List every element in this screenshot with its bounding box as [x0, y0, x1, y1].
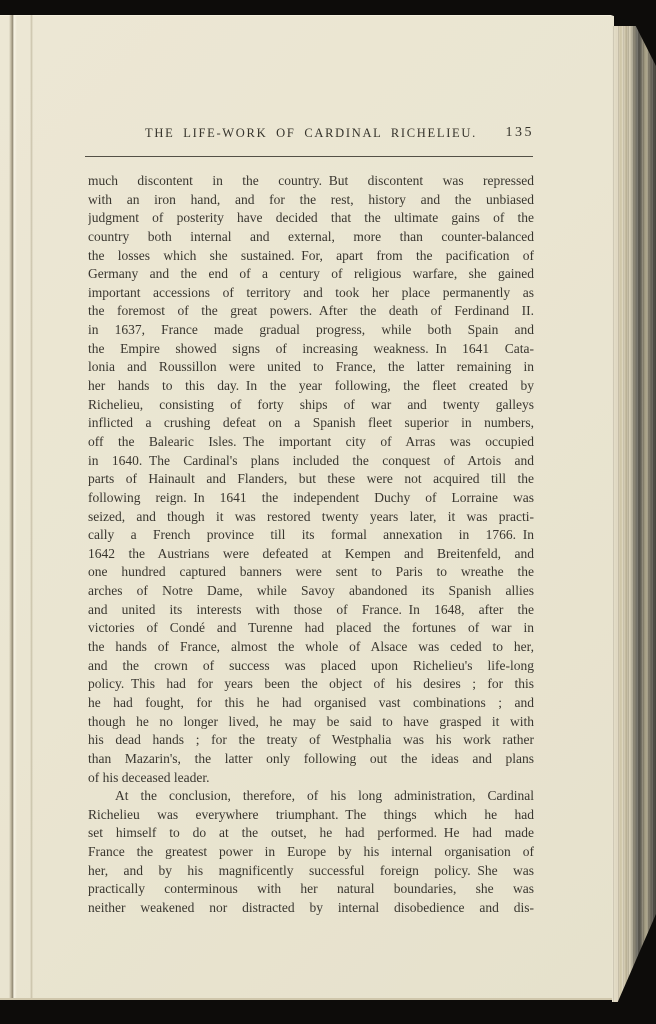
- text-line: Germany and the end of a century of reli…: [88, 265, 534, 284]
- text-line: her hands to this day. In the year follo…: [88, 377, 534, 396]
- book-page: THE LIFE-WORK OF CARDINAL RICHELIEU. 135…: [0, 15, 614, 1000]
- text-line: France the greatest power in Europe by h…: [88, 843, 534, 862]
- text-line: one hundred captured banners were sent t…: [88, 563, 534, 582]
- text-line: important accessions of territory and to…: [88, 284, 534, 303]
- text-line: country both internal and external, more…: [88, 228, 534, 247]
- text-line: much discontent in the country. But disc…: [88, 172, 534, 191]
- paragraph: At the conclusion, therefore, of his lon…: [88, 787, 534, 917]
- paragraph: much discontent in the country. But disc…: [88, 172, 534, 787]
- text-line: though he no longer lived, he may be sai…: [88, 713, 534, 732]
- gutter-crease: [9, 15, 17, 998]
- text-line: At the conclusion, therefore, of his lon…: [88, 787, 534, 806]
- header-rule: [85, 156, 533, 157]
- text-line: victories of Condé and Turenne had place…: [88, 619, 534, 638]
- text-line: following reign. In 1641 the independent…: [88, 489, 534, 508]
- text-line: the losses which she sustained. For, apa…: [88, 247, 534, 266]
- text-line: 1642 the Austrians were defeated at Kemp…: [88, 545, 534, 564]
- text-line: the foremost of the great powers. After …: [88, 302, 534, 321]
- text-line: seized, and though it was restored twent…: [88, 508, 534, 527]
- text-line: his dead hands ; for the treaty of Westp…: [88, 731, 534, 750]
- gutter-crease-faint: [30, 15, 33, 998]
- text-line: arches of Notre Dame, while Savoy abando…: [88, 582, 534, 601]
- text-line: practically conterminous with her natura…: [88, 880, 534, 899]
- text-line: neither weakened nor distracted by inter…: [88, 899, 534, 918]
- text-line: in 1640. The Cardinal's plans included t…: [88, 452, 534, 471]
- text-line: set himself to do at the outset, he had …: [88, 824, 534, 843]
- fore-edge-page-lines: [612, 26, 656, 1002]
- text-line: cally a French province till its formal …: [88, 526, 534, 545]
- text-line: parts of Hainault and Flanders, but thes…: [88, 470, 534, 489]
- text-line: lonia and Roussillon were united to Fran…: [88, 358, 534, 377]
- text-line: and the crown of success was placed upon…: [88, 657, 534, 676]
- text-line: the Empire showed signs of increasing we…: [88, 340, 534, 359]
- text-line: her, and by his magnificently successful…: [88, 862, 534, 881]
- text-line: of his deceased leader.: [88, 769, 534, 788]
- text-line: off the Balearic Isles. The important ci…: [88, 433, 534, 452]
- text-line: the hands of France, almost the whole of…: [88, 638, 534, 657]
- text-line: in 1637, France made gradual progress, w…: [88, 321, 534, 340]
- text-line: Richelieu was everywhere triumphant. The…: [88, 806, 534, 825]
- text-line: judgment of posterity have decided that …: [88, 209, 534, 228]
- text-line: Richelieu, consisting of forty ships of …: [88, 396, 534, 415]
- text-line: he had fought, for this he had organised…: [88, 694, 534, 713]
- page-number: 135: [454, 125, 534, 141]
- text-line: policy. This had for years been the obje…: [88, 675, 534, 694]
- text-column: much discontent in the country. But disc…: [88, 172, 534, 918]
- text-line: inflicted a crushing defeat on a Spanish…: [88, 414, 534, 433]
- text-line: with an iron hand, and for the rest, his…: [88, 191, 534, 210]
- text-line: than Mazarin's, the latter only followin…: [88, 750, 534, 769]
- book-scan: THE LIFE-WORK OF CARDINAL RICHELIEU. 135…: [0, 0, 656, 1024]
- text-line: and united its interests with those of F…: [88, 601, 534, 620]
